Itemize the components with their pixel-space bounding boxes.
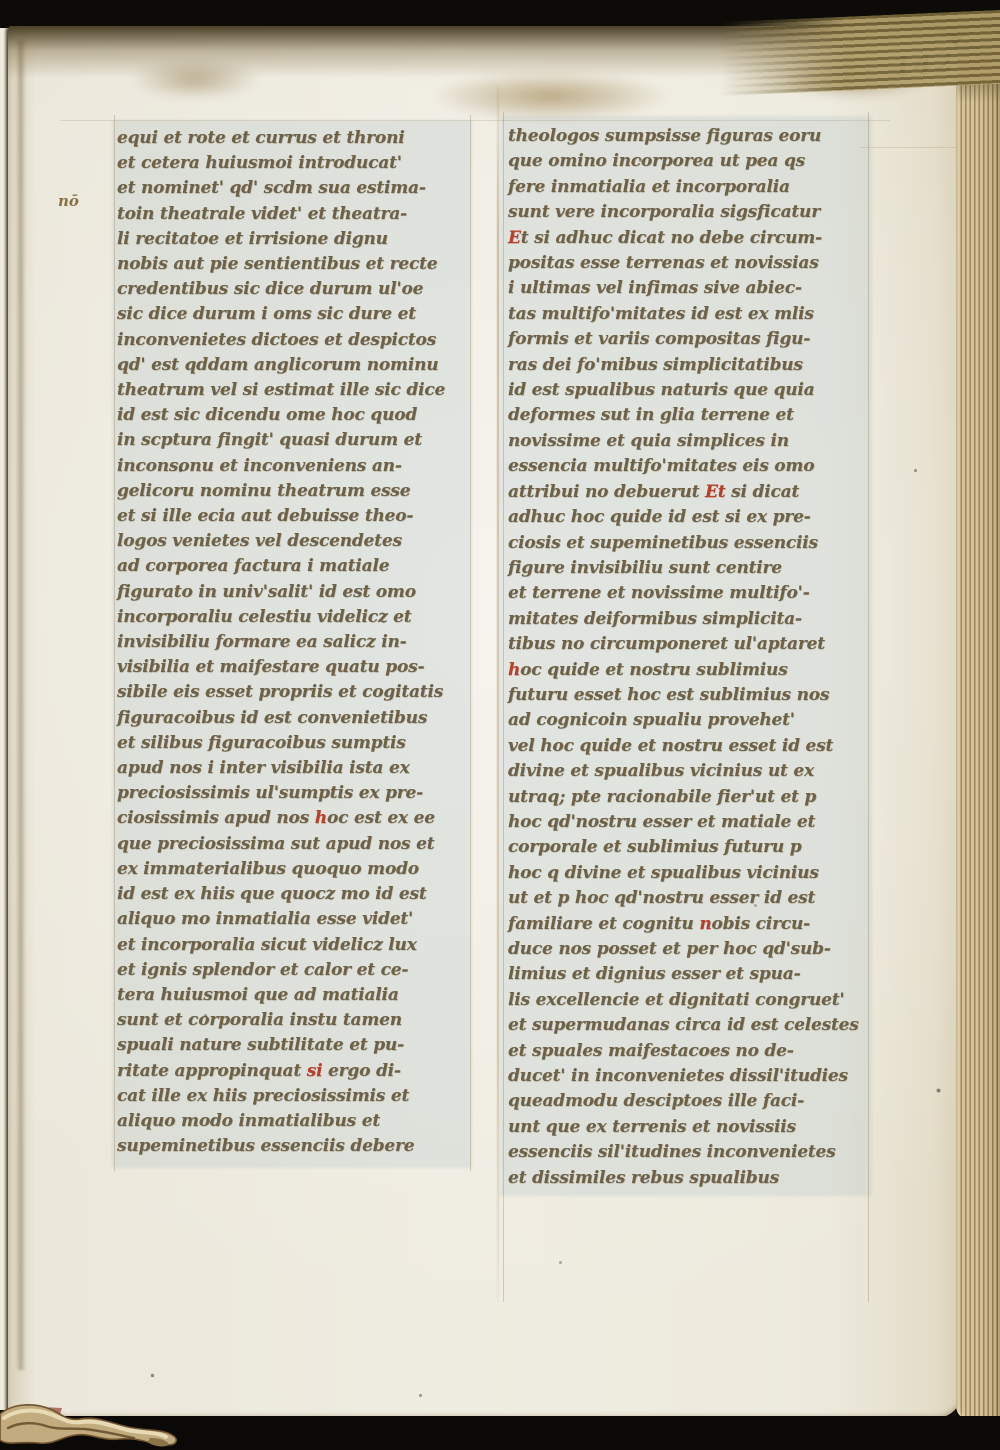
manuscript-line: attribui no debuerut Et si dicat [508,480,859,505]
manuscript-line: ducet' in inconvenietes dissil'itudies [508,1064,859,1089]
manuscript-line: ciosissimis apud nos hoc est ex ee [117,806,445,831]
manuscript-photo: 142 nō equi et rote et currus et thronie… [0,0,1000,1450]
ruling-line [60,120,890,121]
manuscript-line: equi et rote et currus et throni [117,126,445,151]
manuscript-line: i ultimas vel infimas sive abiec- [508,276,859,301]
page-edges-top-right [720,10,1000,96]
manuscript-line: incorporaliu celestiu videlicz et [117,605,445,630]
manuscript-line: credentibus sic dice durum ul'oe [117,277,445,302]
manuscript-line: logos venietes vel descendetes [117,529,445,554]
page-fold-crease [497,86,499,1302]
manuscript-line: hoc quide et nostru sublimius [508,658,859,683]
manuscript-line: queadmodu desciptoes ille faci- [508,1089,859,1114]
text-column-left: equi et rote et currus et throniet ceter… [117,126,445,1159]
parchment-stain [430,70,670,122]
rubric-letter: si [307,1061,323,1081]
manuscript-line: essenciis sil'itudines inconvenietes [508,1140,859,1165]
manuscript-line: et incorporalia sicut videlicz lux [117,933,445,958]
manuscript-line: sunt et corporalia instu tamen [117,1008,445,1033]
manuscript-line: inconvenietes dictoes et despictos [117,328,445,353]
manuscript-line: sic dice durum i oms sic dure et [117,302,445,327]
manuscript-line: ad cognicoin spualiu provehet' [508,708,859,733]
manuscript-line: formis et variis compositas figu- [508,327,859,352]
manuscript-line: figuracoibus id est convenietibus [117,706,445,731]
manuscript-line: limius et dignius esser et spua- [508,962,859,987]
gutter-crease [16,40,26,1370]
manuscript-line: supeminetibus essenciis debere [117,1134,445,1159]
book-fore-edge [956,32,1000,1420]
manuscript-line: et nominet' qd' scdm sua estima- [117,176,445,201]
manuscript-line: que omino incorporea ut pea qs [508,149,859,174]
manuscript-line: et spuales maifestacoes no de- [508,1039,859,1064]
parchment-stain [130,58,260,100]
manuscript-line: li recitatoe et irrisione dignu [117,227,445,252]
manuscript-line: Et si adhuc dicat no debe circum- [508,226,859,251]
manuscript-line: aliquo modo inmatialibus et [117,1109,445,1134]
manuscript-line: preciosissimis ul'sumptis ex pre- [117,781,445,806]
manuscript-line: futuru esset hoc est sublimius nos [508,683,859,708]
manuscript-line: deformes sut in glia terrene et [508,403,859,428]
manuscript-line: hoc q divine et spualibus vicinius [508,861,859,886]
manuscript-line: sunt vere incorporalia sigsficatur [508,200,859,225]
dust-specks [0,0,1,1]
manuscript-line: inconsonu et inconveniens an- [117,454,445,479]
manuscript-line: unt que ex terrenis et novissiis [508,1115,859,1140]
manuscript-line: ciosis et supeminetibus essenciis [508,531,859,556]
manuscript-line: novissime et quia simplices in [508,429,859,454]
manuscript-line: apud nos i inter visibilia ista ex [117,756,445,781]
manuscript-line: cat ille ex hiis preciosissimis et [117,1084,445,1109]
manuscript-line: nobis aut pie sentientibus et recte [117,252,445,277]
ruling-line [114,115,115,1171]
manuscript-line: tera huiusmoi que ad matialia [117,983,445,1008]
rubric-letter: h [508,660,520,680]
manuscript-line: adhuc hoc quide id est si ex pre- [508,505,859,530]
manuscript-line: lis excellencie et dignitati congruet' [508,988,859,1013]
manuscript-line: invisibiliu formare ea salicz in- [117,630,445,655]
manuscript-line: ras dei fo'mibus simplicitatibus [508,353,859,378]
manuscript-line: que preciosissima sut apud nos et [117,832,445,857]
manuscript-line: tibus no circumponeret ul'aptaret [508,632,859,657]
manuscript-line: vel hoc quide et nostru esset id est [508,734,859,759]
rubric-letter: Et [705,482,725,502]
manuscript-line: figure invisibiliu sunt centire [508,556,859,581]
manuscript-line: id est sic dicendu ome hoc quod [117,403,445,428]
manuscript-line: et terrene et novissime multifo'- [508,581,859,606]
manuscript-line: ad corporea factura i matiale [117,554,445,579]
manuscript-line: hoc qd'nostru esser et matiale et [508,810,859,835]
manuscript-line: familiare et cognitu nobis circu- [508,912,859,937]
manuscript-line: essencia multifo'mitates eis omo [508,454,859,479]
ruling-line [868,112,869,1302]
manuscript-line: in scptura fingit' quasi durum et [117,428,445,453]
manuscript-line: aliquo mo inmatialia esse videt' [117,907,445,932]
manuscript-line: fere inmatialia et incorporalia [508,175,859,200]
manuscript-line: toin theatrale videt' et theatra- [117,202,445,227]
manuscript-line: et silibus figuracoibus sumptis [117,731,445,756]
manuscript-line: theatrum vel si estimat ille sic dice [117,378,445,403]
manuscript-line: et si ille ecia aut debuisse theo- [117,504,445,529]
manuscript-line: et dissimiles rebus spualibus [508,1166,859,1191]
manuscript-line: corporale et sublimius futuru p [508,835,859,860]
manuscript-line: et ignis splendor et calor et ce- [117,958,445,983]
manuscript-line: tas multifo'mitates id est ex mlis [508,302,859,327]
manuscript-line: duce nos posset et per hoc qd'sub- [508,937,859,962]
manuscript-line: ex immaterialibus quoquo modo [117,857,445,882]
manuscript-line: ut et p hoc qd'nostru esser id est [508,886,859,911]
manuscript-line: positas esse terrenas et novissias [508,251,859,276]
rubric-letter: n [699,914,711,934]
manuscript-line: theologos sumpsisse figuras eoru [508,124,859,149]
ruling-line [503,112,504,1302]
manuscript-line: utraq; pte racionabile fier'ut et p [508,785,859,810]
manuscript-line: qd' est qddam anglicorum nominu [117,353,445,378]
manuscript-line: id est ex hiis que quocz mo id est [117,882,445,907]
rubric-letter: E [508,228,521,248]
manuscript-line: mitates deiformibus simplicita- [508,607,859,632]
manuscript-line: id est spualibus naturis que quia [508,378,859,403]
curled-parchment-corner [0,1398,190,1450]
manuscript-line: visibilia et maifestare quatu pos- [117,655,445,680]
manuscript-line: et cetera huiusmoi introducat' [117,151,445,176]
manuscript-line: et supermudanas circa id est celestes [508,1013,859,1038]
rubric-letter: h [315,808,327,828]
manuscript-line: figurato in univ'salit' id est omo [117,580,445,605]
manuscript-line: sibile eis esset propriis et cogitatis [117,680,445,705]
margin-note: nō [58,192,79,210]
text-column-right: theologos sumpsisse figuras eoruque omin… [508,124,859,1191]
manuscript-line: spuali nature subtilitate et pu- [117,1033,445,1058]
manuscript-line: gelicoru nominu theatrum esse [117,479,445,504]
manuscript-line: divine et spualibus vicinius ut ex [508,759,859,784]
ruling-line [470,115,471,1171]
manuscript-line: ritate appropinquat si ergo di- [117,1059,445,1084]
